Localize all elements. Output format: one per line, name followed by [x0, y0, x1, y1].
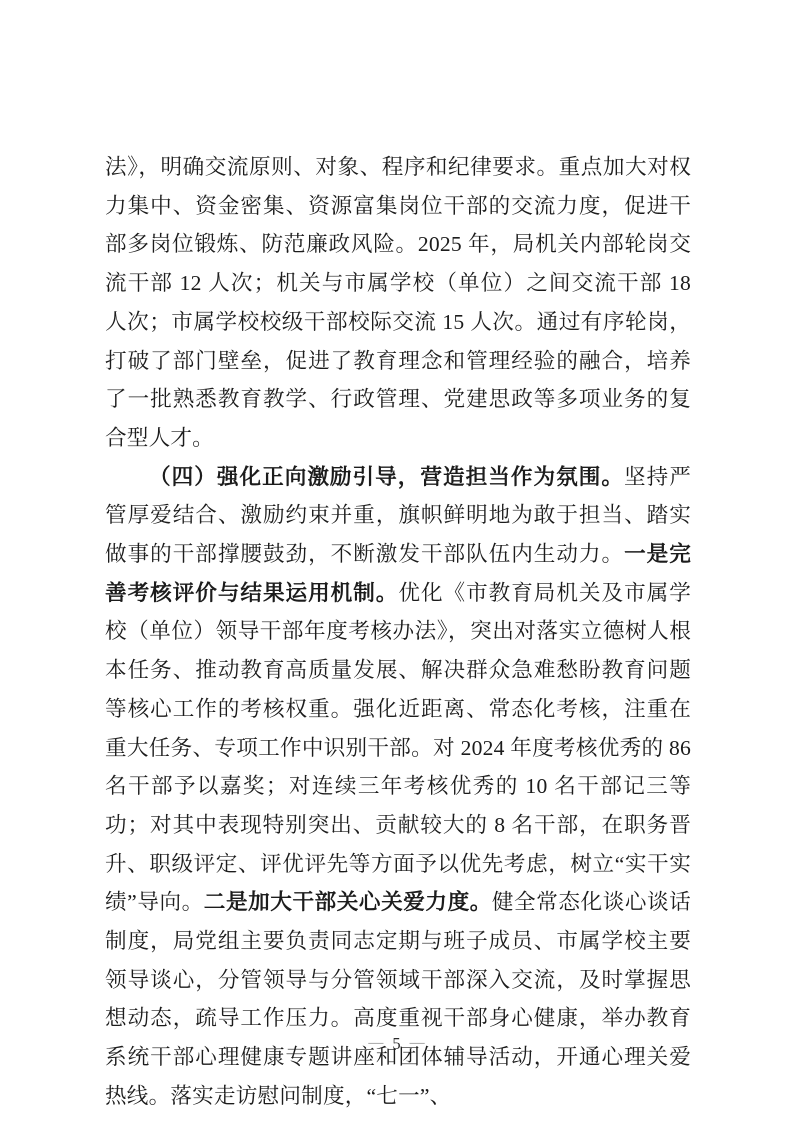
document-body: 法》，明确交流原则、对象、程序和纪律要求。重点加大对权力集中、资金密集、资源富集… [105, 148, 691, 1116]
text-run: 优化《市教育局机关及市属学校（单位）领导干部年度考核办法》，突出对落实立德树人根… [105, 581, 691, 915]
bold-text-run: 二是加大干部关心关爱力度。 [204, 890, 492, 914]
bold-text-run: （四）强化正向激励引导，营造担当作为氛围。 [149, 465, 624, 489]
footer-dash-right: — [410, 1035, 425, 1051]
page-number: 5 [392, 1034, 400, 1053]
text-run: 法》，明确交流原则、对象、程序和纪律要求。重点加大对权力集中、资金密集、资源富集… [105, 155, 691, 450]
footer-dash-left: — [368, 1035, 383, 1051]
paragraph: （四）强化正向激励引导，营造担当作为氛围。坚持严管厚爱结合、激励约束并重，旗帜鲜… [105, 458, 691, 1116]
page-footer: —5— [0, 1033, 793, 1056]
document-page: 法》，明确交流原则、对象、程序和纪律要求。重点加大对权力集中、资金密集、资源富集… [0, 0, 793, 1122]
text-run: 健全常态化谈心谈话制度，局党组主要负责同志定期与班子成员、市属学校主要领导谈心，… [105, 890, 691, 1108]
paragraph: 法》，明确交流原则、对象、程序和纪律要求。重点加大对权力集中、资金密集、资源富集… [105, 148, 691, 458]
